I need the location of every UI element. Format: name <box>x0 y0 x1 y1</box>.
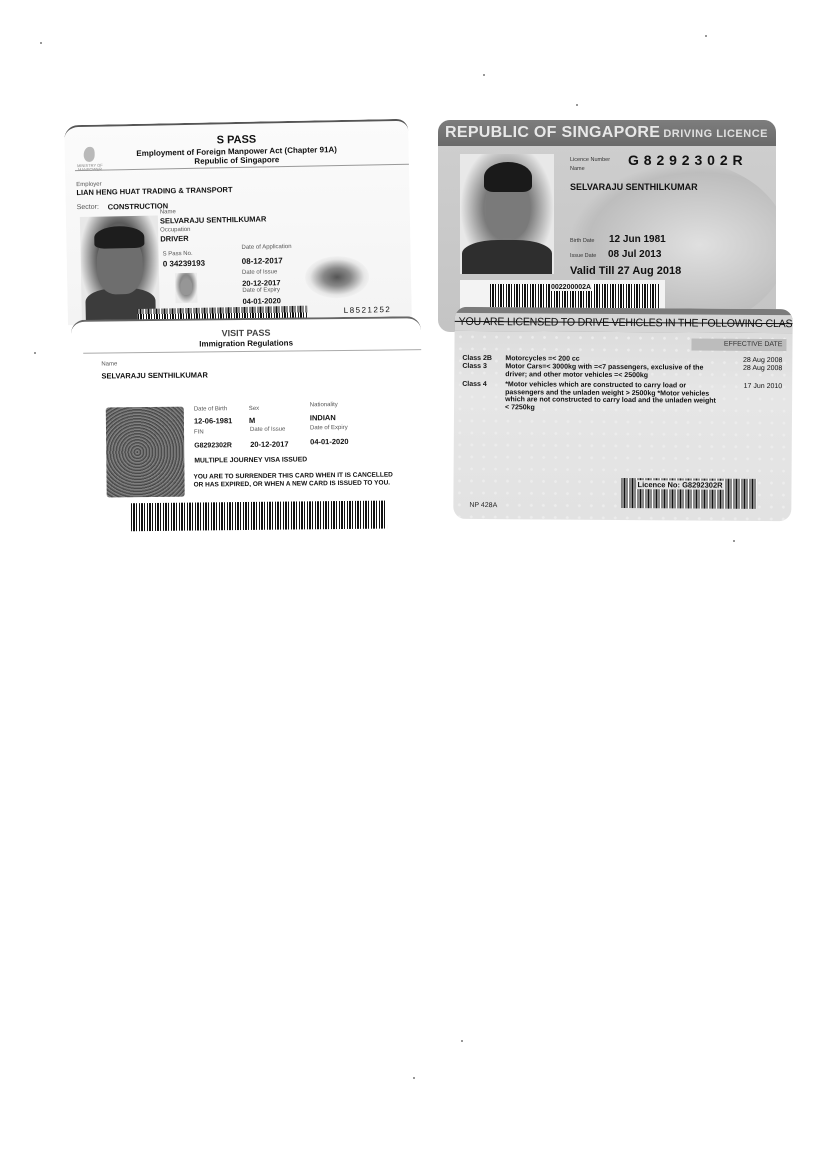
licence-banner: REPUBLIC OF SINGAPORE DRIVING LICENCE <box>438 120 776 146</box>
visit-pass-card: VISIT PASS Immigration Regulations Name … <box>71 316 423 540</box>
barcode <box>131 501 387 532</box>
sector-label: Sector: <box>77 204 99 211</box>
expiry-date-value: 04-01-2020 <box>242 296 281 306</box>
scan-speck <box>576 104 578 106</box>
licence-number-label: Licence Number <box>570 157 610 163</box>
holder-photo <box>460 154 554 274</box>
document-type: DRIVING LICENCE <box>663 128 768 140</box>
expiry-date-value: 04-01-2020 <box>310 437 348 446</box>
licence-barcode: Licence No: G8292302R <box>621 478 756 509</box>
lion-hologram-icon <box>305 255 370 298</box>
name-label: Name <box>160 209 176 215</box>
name-value: SELVARAJU SENTHILKUMAR <box>570 182 698 192</box>
pass-no-value: 0 34239193 <box>163 259 205 269</box>
application-date-label: Date of Application <box>241 244 291 251</box>
dob-label: Date of Birth <box>194 406 227 412</box>
issue-date-label: Date of Issue <box>250 427 285 433</box>
licence-class-row: Class 3 Motor Cars=< 3000kg with =<7 pas… <box>462 363 782 383</box>
sex-label: Sex <box>249 406 259 412</box>
pass-no-label: S Pass No. <box>163 251 193 258</box>
fin-value: G8292302R <box>194 442 232 449</box>
issue-date-label: Date of Issue <box>242 269 277 276</box>
surrender-warning: YOU ARE TO SURRENDER THIS CARD WHEN IT I… <box>193 471 393 489</box>
issue-date-value: 20-12-2017 <box>250 440 288 449</box>
licence-number-value: G 8 2 9 2 3 0 2 R <box>628 152 743 168</box>
application-date-value: 08-12-2017 <box>242 256 283 266</box>
scan-speck <box>733 540 735 542</box>
scan-speck <box>34 352 36 354</box>
scan-speck <box>413 1077 415 1079</box>
divider <box>83 349 421 354</box>
occupation-label: Occupation <box>160 227 190 234</box>
name-value: SELVARAJU SENTHILKUMAR <box>160 214 267 225</box>
barcode-text: 002200002A <box>550 284 592 291</box>
expiry-date-label: Date of Expiry <box>310 425 348 431</box>
nationality-label: Nationality <box>310 402 338 408</box>
driving-licence-front: REPUBLIC OF SINGAPORE DRIVING LICENCE Li… <box>438 120 776 332</box>
name-label: Name <box>570 166 585 172</box>
licence-class-row: Class 4 *Motor vehicles which are constr… <box>462 381 782 419</box>
nationality-value: INDIAN <box>310 413 336 422</box>
employer-value: LIAN HENG HUAT TRADING & TRANSPORT <box>76 185 232 197</box>
birth-date-value: 12 Jun 1981 <box>609 234 666 245</box>
ghost-photo <box>175 273 198 303</box>
fin-label: FIN <box>194 429 204 435</box>
expiry-date-label: Date of Expiry <box>242 287 280 294</box>
birth-date-label: Birth Date <box>570 238 594 244</box>
licence-number-text: Licence No: G8292302R <box>635 480 724 490</box>
scan-speck <box>40 42 42 44</box>
issuing-country: REPUBLIC OF SINGAPORE <box>445 124 660 142</box>
s-pass-card: MINISTRY OF MANPOWER S PASS Employment o… <box>64 119 412 326</box>
form-code: NP 428A <box>469 502 497 509</box>
name-value: SELVARAJU SENTHILKUMAR <box>101 370 207 380</box>
scan-speck <box>705 35 707 37</box>
serial-number: L8521252 <box>344 305 392 315</box>
valid-till: Valid Till 27 Aug 2018 <box>570 265 681 277</box>
name-label: Name <box>101 361 117 367</box>
sex-value: M <box>249 416 255 425</box>
holder-photo <box>80 216 160 322</box>
issue-date-value: 08 Jul 2013 <box>608 249 661 260</box>
occupation-value: DRIVER <box>160 234 189 244</box>
scan-speck <box>461 1040 463 1042</box>
dob-value: 12-06-1981 <box>194 416 232 425</box>
issue-date-label: Issue Date <box>570 253 596 259</box>
thumbprint-image <box>106 407 185 498</box>
scan-speck <box>483 74 485 76</box>
effective-date-header: EFFECTIVE DATE <box>691 338 786 351</box>
visa-note: MULTIPLE JOURNEY VISA ISSUED <box>194 456 307 464</box>
driving-licence-back: YOU ARE LICENSED TO DRIVE VEHICLES IN TH… <box>453 307 792 521</box>
